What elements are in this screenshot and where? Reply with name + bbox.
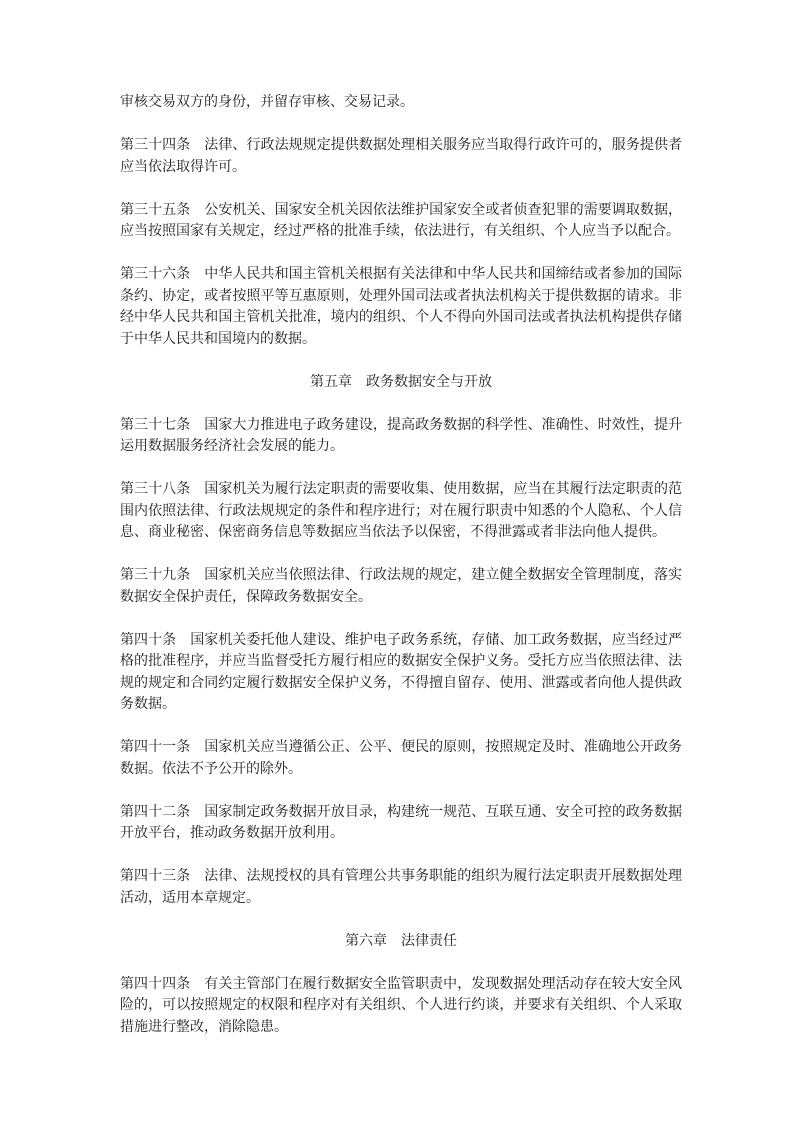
para-article-34: 第三十四条 法律、行政法规规定提供数据处理相关服务应当取得行政许可的，服务提供者… [120,135,682,178]
para-article-35: 第三十五条 公安机关、国家安全机关因依法维护国家安全或者侦查犯罪的需要调取数据，… [120,200,682,243]
para-article-41: 第四十一条 国家机关应当遵循公正、公平、便民的原则，按照规定及时、准确地公开政务… [120,737,682,780]
para-article-42: 第四十二条 国家制定政务数据开放目录，构建统一规范、互联互通、安全可控的政务数据… [120,802,682,845]
para-article-33-continuation: 审核交易双方的身份，并留存审核、交易记录。 [120,92,682,114]
para-article-37: 第三十七条 国家大力推进电子政务建设，提高政务数据的科学性、准确性、时效性，提升… [120,415,682,458]
para-article-38: 第三十八条 国家机关为履行法定职责的需要收集、使用数据，应当在其履行法定职责的范… [120,479,682,544]
heading-chapter-5: 第五章 政务数据安全与开放 [120,372,682,394]
para-article-40: 第四十条 国家机关委托他人建设、维护电子政务系统，存储、加工政务数据，应当经过严… [120,630,682,716]
document-page: 审核交易双方的身份，并留存审核、交易记录。 第三十四条 法律、行政法规规定提供数… [0,0,793,1122]
para-article-36: 第三十六条 中华人民共和国主管机关根据有关法律和中华人民共和国缔结或者参加的国际… [120,264,682,350]
heading-chapter-6: 第六章 法律责任 [120,931,682,953]
para-article-43: 第四十三条 法律、法规授权的具有管理公共事务职能的组织为履行法定职责开展数据处理… [120,866,682,909]
para-article-44: 第四十四条 有关主管部门在履行数据安全监管职责中，发现数据处理活动存在较大安全风… [120,974,682,1039]
para-article-39: 第三十九条 国家机关应当依照法律、行政法规的规定，建立健全数据安全管理制度，落实… [120,565,682,608]
